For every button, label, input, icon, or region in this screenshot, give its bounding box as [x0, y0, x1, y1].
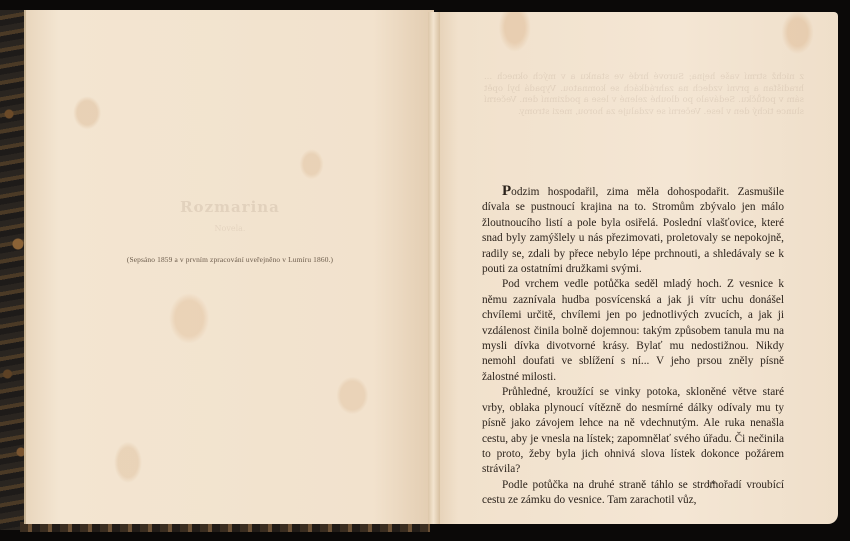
publication-note: (Sepsáno 1859 a v prvním zpracování uveř… — [26, 255, 434, 264]
left-page: Rozmarina Novela. (Sepsáno 1859 a v prvn… — [24, 10, 434, 524]
right-page: z nichž strmí vaše hejna; Surové hrdé ve… — [434, 12, 838, 524]
page-number: 1* — [706, 479, 716, 490]
ghost-subtitle-bleed-through: Novela. — [26, 224, 434, 233]
paragraph-1: Podzim hospodařil, zima měla dohospodaři… — [482, 184, 784, 277]
drop-cap: P — [502, 183, 511, 199]
paragraph-4: Podle potůčka na druhé straně táhlo se s… — [482, 478, 784, 509]
paragraph-3: Průhledné, kroužící se vinky potoka, skl… — [482, 385, 784, 477]
body-text: Podzim hospodařil, zima měla dohospodaři… — [482, 184, 784, 509]
bleed-through-text: z nichž strmí vaše hejna; Surové hrdé ve… — [484, 72, 804, 118]
paragraph-2: Pod vrchem vedle potůčka seděl mladý hoc… — [482, 277, 784, 385]
ghost-title-bleed-through: Rozmarina — [26, 198, 434, 216]
book-gutter — [428, 12, 440, 524]
